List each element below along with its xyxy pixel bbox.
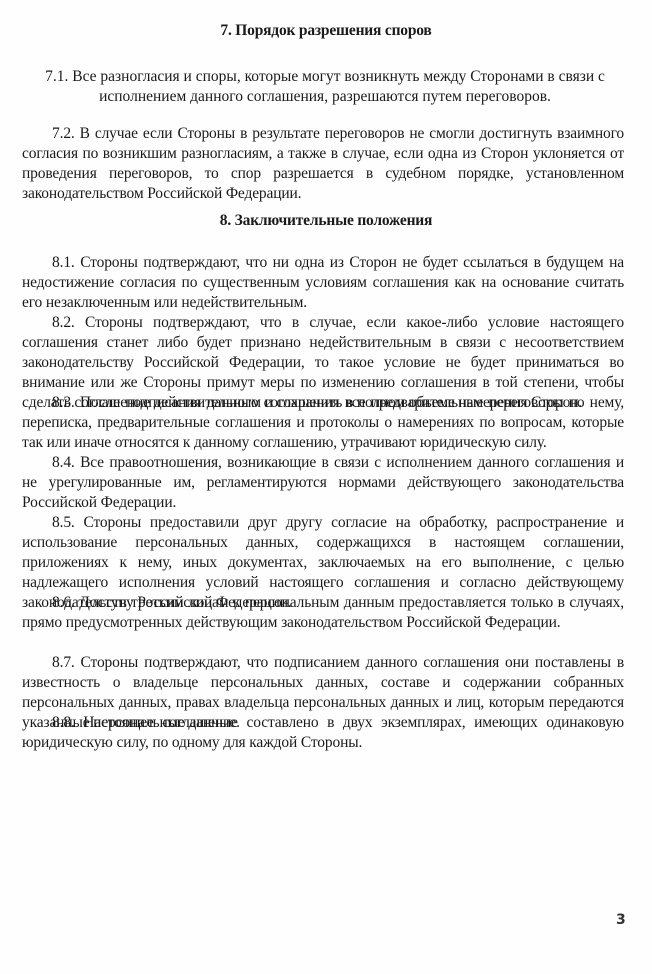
paragraph-8-3: 8.3. После подписания данного соглашения… — [22, 393, 624, 453]
paragraph-7-1: 7.1. Все разногласия и споры, которые мо… — [30, 67, 620, 107]
document-page: 7. Порядок разрешения споров 7.1. Все ра… — [0, 0, 652, 974]
paragraph-7-2: 7.2. В случае если Стороны в результате … — [22, 124, 624, 204]
paragraph-8-8: 8.8. Настоящее соглашение составлено в д… — [22, 713, 624, 753]
paragraph-8-6: 8.6. Доступ третьим лицам к персональным… — [22, 593, 624, 633]
paragraph-8-1: 8.1. Стороны подтверждают, что ни одна и… — [22, 253, 624, 313]
paragraph-8-4: 8.4. Все правоотношения, возникающие в с… — [22, 453, 624, 513]
page-number: 3 — [616, 912, 626, 928]
section-7-heading: 7. Порядок разрешения споров — [0, 22, 652, 40]
section-8-heading: 8. Заключительные положения — [0, 212, 652, 230]
